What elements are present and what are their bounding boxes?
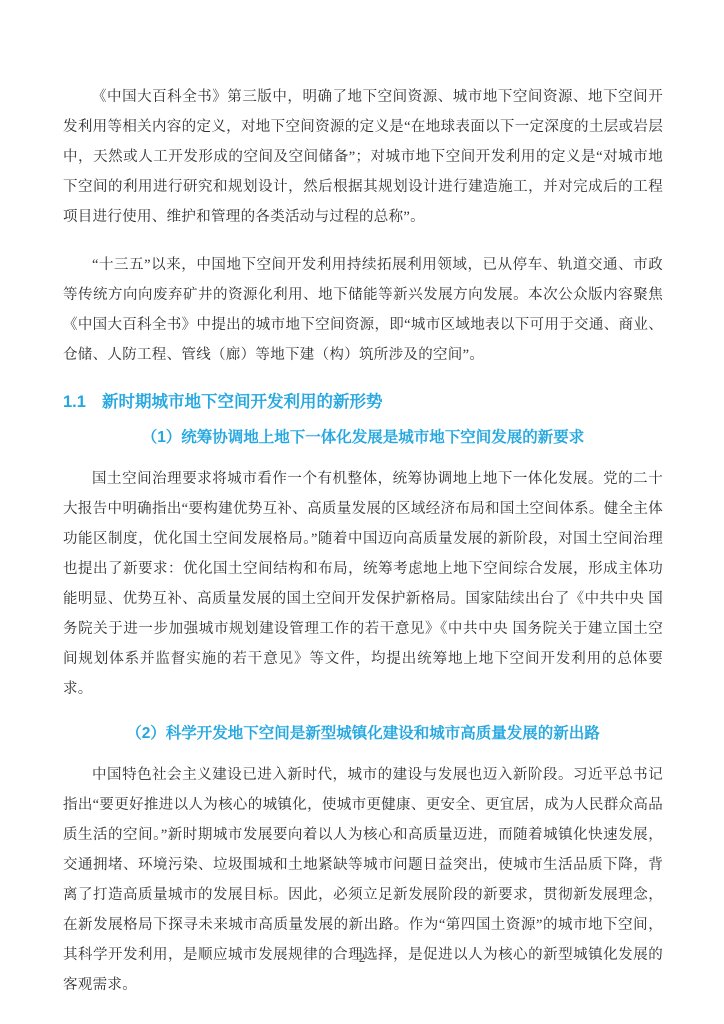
section-title: 新时期城市地下空间开发利用的新形势 bbox=[102, 393, 383, 411]
intro-paragraph-1: 《中国大百科全书》第三版中，明确了地下空间资源、城市地下空间资源、地下空间开发利… bbox=[63, 82, 663, 232]
section-number: 1.1 bbox=[63, 393, 86, 411]
page-number: 2 bbox=[0, 950, 724, 966]
section-heading-1-1: 1.1新时期城市地下空间开发利用的新形势 bbox=[63, 390, 663, 414]
intro-paragraph-2: “十三五”以来，中国地下空间开发利用持续拓展利用领域，已从停车、轨道交通、市政等… bbox=[63, 250, 663, 370]
subsection-1-paragraph: 国土空间治理要求将城市看作一个有机整体，统筹协调地上地下一体化发展。党的二十大报… bbox=[63, 464, 663, 704]
subsection-1-heading: （1）统筹协调地上地下一体化发展是城市地下空间发展的新要求 bbox=[63, 426, 663, 450]
subsection-2-heading: （2）科学开发地下空间是新型城镇化建设和城市高质量发展的新出路 bbox=[63, 722, 663, 746]
document-page: 《中国大百科全书》第三版中，明确了地下空间资源、城市地下空间资源、地下空间开发利… bbox=[0, 0, 724, 1024]
